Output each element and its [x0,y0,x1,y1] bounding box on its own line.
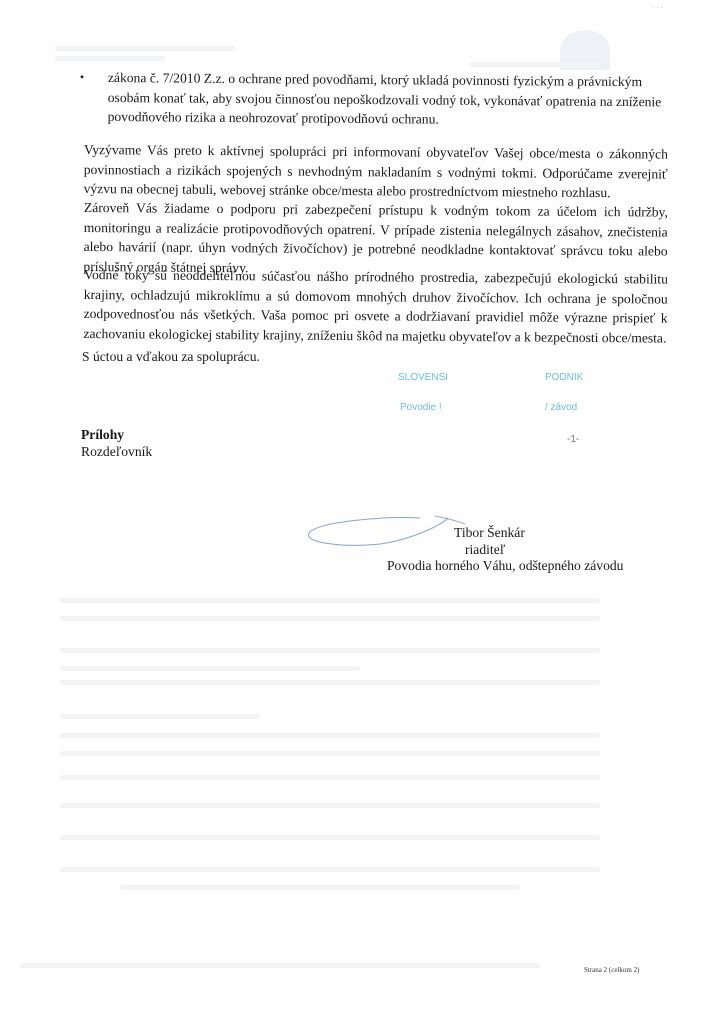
ghost-text-line [60,666,360,671]
ghost-footer-line [20,963,540,968]
ghost-text-line [60,598,600,603]
closing-salutation: S úctou a vďakou za spoluprácu. [82,349,260,365]
stamp-line2-left: Povodie ! [400,402,442,413]
ghost-header-line [55,46,235,51]
ghost-text-line [60,680,600,685]
stamp-line1-left: SLOVENSI [398,372,448,383]
ghost-text-line [60,733,600,738]
stamp-line1-right: PODNIK [545,372,583,383]
paragraph-call-to-cooperation: Vyzývame Vás preto k aktívnej spolupráci… [84,140,668,203]
bullet-text: zákona č. 7/2010 Z.z. o ochrane pred pov… [108,70,662,127]
document-page: · · · • zákona č. 7/2010 Z.z. o ochrane … [0,0,718,1024]
signatory-role: riaditeľ [465,542,505,558]
signatory-organization: Povodia horného Váhu, odštepného závodu [387,558,623,574]
ghost-header-line [470,62,600,67]
ghost-text-line [60,835,600,840]
attachment-item: Rozdeľovník [81,444,152,460]
stamp-line2-right: / závod [545,402,577,413]
ghost-text-line [60,751,600,756]
ghost-text-line [60,867,600,872]
stamp-number: -1- [567,434,579,445]
ghost-text-line [60,803,600,808]
attachments-title: Prílohy [81,427,124,443]
scan-mark: · · · [652,4,663,12]
page-number: Strana 2 (celkom 2) [584,966,639,974]
ghost-text-line [60,775,600,780]
signatory-name: Tibor Šenkár [454,525,525,541]
law-bullet-item: • zákona č. 7/2010 Z.z. o ochrane pred p… [108,68,668,131]
ghost-text-line [60,714,260,719]
signature-icon [300,514,480,554]
ghost-text-line [60,648,600,653]
paragraph-ecology: Vodné toky sú neoddeliteľnou súčasťou ná… [83,265,668,348]
ghost-header-line [55,56,165,61]
bullet-icon: • [80,68,84,88]
ghost-text-line [60,616,600,621]
ghost-text-line [120,885,520,890]
